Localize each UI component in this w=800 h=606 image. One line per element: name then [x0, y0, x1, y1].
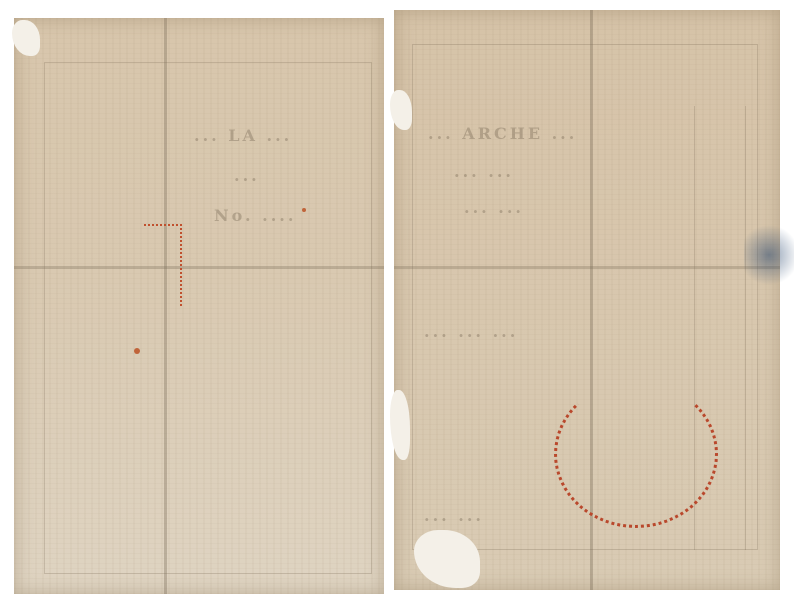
red-circular-seal — [554, 380, 718, 528]
faint-text-4: ... ... ... — [424, 322, 518, 341]
horizontal-fold — [394, 266, 780, 269]
faint-text-5: ... ... — [424, 506, 484, 525]
paper-tear — [390, 90, 412, 130]
faint-text-1: ... LA ... — [194, 126, 292, 145]
left-paper-sheet: ... LA ... ... No. .... — [14, 18, 384, 594]
vertical-fold — [164, 18, 167, 594]
paper-tear — [12, 20, 40, 56]
faint-text-3: No. .... — [214, 206, 296, 225]
blue-ink-stain — [744, 220, 794, 290]
faint-text-1: ... ARCHE ... — [428, 124, 577, 143]
faint-text-3: ... ... — [464, 198, 524, 217]
red-bracket-stamp — [144, 224, 182, 306]
horizontal-fold — [14, 266, 384, 269]
paper-tear — [390, 390, 410, 460]
red-spot — [134, 348, 140, 354]
right-paper-sheet: ... ARCHE ... ... ... ... ... ... ... ..… — [394, 10, 780, 590]
faint-text-2: ... — [234, 166, 260, 185]
red-spot — [302, 208, 306, 212]
faint-text-2: ... ... — [454, 162, 514, 181]
